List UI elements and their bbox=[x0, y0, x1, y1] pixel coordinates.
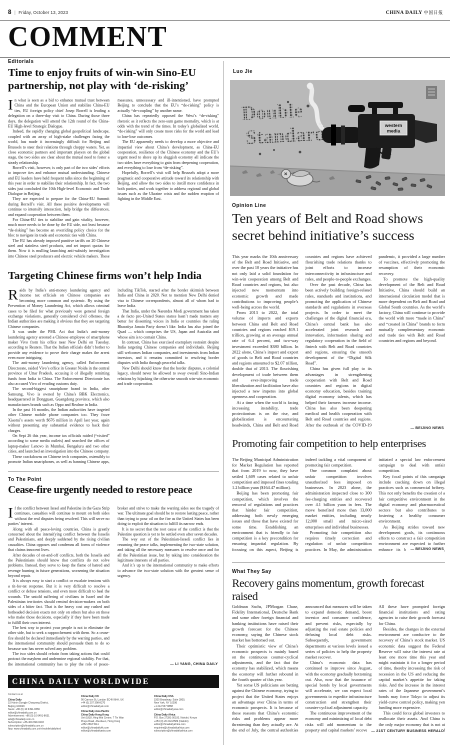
recovery-headline: Recovery gains momentum, growth forecast… bbox=[232, 578, 445, 604]
office-lines: 15 Huixin Dongjie Chaoyang District,Beij… bbox=[8, 702, 74, 731]
paragraph: subscription@chinadailyafrica.com bbox=[154, 730, 219, 733]
folio-bar: 8|Friday, October 13, 2023 CHINA DAILY 中… bbox=[8, 10, 443, 16]
folio-date: 8|Friday, October 13, 2023 bbox=[8, 10, 68, 16]
paragraph: On Sept 26 this year, income tax officia… bbox=[8, 433, 110, 454]
paragraph: The best way to protect your people is n… bbox=[8, 625, 110, 651]
paragraph: And it’s up to the international communi… bbox=[118, 563, 220, 579]
fair-competition-signature: — BEIJING NEWS bbox=[406, 546, 444, 551]
cease-fire-body: If the conflict between Israel and Pales… bbox=[8, 506, 219, 668]
contact-column-1: Contact us at China Daily 15 Huixin Dong… bbox=[8, 693, 74, 747]
camera-label-line2: media bbox=[387, 129, 401, 134]
paragraph: That India, under the Narendra Modi gove… bbox=[118, 309, 220, 340]
paragraph: editor@chinadailyuk.com bbox=[81, 705, 147, 708]
belt-road-body: This year marks the 10th anniversary of … bbox=[232, 254, 445, 432]
cartoon-word-double: Double bbox=[241, 100, 303, 125]
editorials-column: Editorials Time to enjoy fruits of win-w… bbox=[8, 57, 219, 747]
office-lines: P.O. Box 27281-00100, Nairobi, Kenya+254… bbox=[154, 717, 219, 733]
paragraph: Raids by India’s anti-money laundering a… bbox=[8, 288, 110, 330]
camera-label-line1: western bbox=[384, 123, 403, 128]
column-divider bbox=[223, 61, 224, 745]
fair-competition-headline: Promoting fair competition to help enter… bbox=[232, 438, 445, 451]
paragraph: It is no secret that the root cause of t… bbox=[118, 527, 220, 537]
divider bbox=[0, 20, 450, 21]
paragraph: One common complaint about unfair compet… bbox=[305, 468, 371, 530]
date-text: Friday, October 13, 2023 bbox=[19, 10, 68, 15]
paragraph: The second-biggest smartphone brand in I… bbox=[8, 387, 110, 408]
cartoon-word-standard: Standard bbox=[245, 123, 326, 149]
editorial-2-body: Raids by India’s anti-money laundering a… bbox=[8, 288, 219, 468]
belt-road-headline-line1: Ten years of Belt and Road shows bbox=[232, 212, 445, 229]
editorial-1-text: In what is seen as a bid to enhance mutu… bbox=[8, 98, 219, 264]
paragraph: In contrast, China has exercised exempla… bbox=[118, 340, 220, 366]
divider bbox=[232, 562, 445, 563]
worldwide-contacts: Contact us at China Daily 15 Huixin Dong… bbox=[8, 693, 219, 747]
paragraph: Over the past decade, China has been act… bbox=[305, 282, 371, 366]
belt-road-signature: — BEIJING NEWS bbox=[406, 425, 444, 430]
what-they-say-label: What They Say bbox=[232, 569, 271, 575]
paragraph: The anti-money laundering agency, called… bbox=[8, 361, 110, 387]
brand-name-chinese: 中国日报 bbox=[424, 10, 443, 15]
paragraph: This year marks the 10th anniversary of … bbox=[232, 254, 298, 310]
cease-fire-text: If the conflict between Israel and Pales… bbox=[8, 506, 219, 668]
opinion-column: Luo Jie Double Standard bbox=[230, 57, 445, 747]
worldwide-banner: CHINA DAILY WORLDWIDE bbox=[8, 675, 219, 688]
paragraph: Along with all peace-loving countries, C… bbox=[8, 527, 110, 553]
contact-us-label: Contact us at bbox=[8, 693, 74, 696]
contacts-grid: Contact us at China Daily 15 Huixin Dong… bbox=[8, 693, 219, 747]
paragraph: It was under the PML Act that India’s an… bbox=[8, 330, 110, 361]
belt-road-text: This year marks the 10th anniversary of … bbox=[232, 254, 445, 432]
office-lines: 1500 Broadway, Suite 2800,New York, NY 1… bbox=[154, 698, 219, 711]
office-lines: 90 Cannon St, London EC4N 6HA, UK+44 (0)… bbox=[81, 698, 147, 708]
paragraph: Borrell’s visit, however, is only part o… bbox=[8, 166, 110, 197]
recovery-text: Goldman Sachs, JPMorgan Chase, Fidelity … bbox=[232, 604, 445, 735]
paragraph: China has repeatedly opposed the West’s … bbox=[118, 114, 220, 140]
fair-competition-text: The Beijing Municipal Administration for… bbox=[232, 457, 445, 553]
paragraph: New Delhi should know that the border di… bbox=[118, 366, 220, 387]
editorial-cartoon: Double Standard western media bbox=[230, 80, 445, 196]
recovery-body: Goldman Sachs, JPMorgan Chase, Fidelity … bbox=[232, 604, 445, 735]
to-the-point-label: To The Point bbox=[8, 477, 42, 483]
folio-brand: CHINA DAILY 中国日报 bbox=[386, 10, 443, 16]
paragraph: editor@chinadailyasia.com bbox=[81, 730, 147, 733]
paragraph: The EU apparently needs to develop a mor… bbox=[118, 140, 220, 171]
paragraph: Their optimistic view of China’s economi… bbox=[232, 643, 298, 682]
section-masthead: COMMENT bbox=[8, 23, 167, 54]
cartoon-image: Double Standard western media bbox=[230, 80, 445, 196]
editorial-1-body: In what is seen as a bid to enhance mutu… bbox=[8, 98, 219, 264]
fair-competition-body: The Beijing Municipal Administration for… bbox=[232, 457, 445, 553]
paragraph: To promote the high-quality development … bbox=[379, 276, 445, 343]
paragraph: If the conflict between Israel and Pales… bbox=[8, 506, 110, 527]
cease-fire-headline: Cease-fire urgently needed to restore pe… bbox=[8, 485, 219, 497]
editorial-2-headline: Targeting Chinese firms won’t help India bbox=[8, 270, 219, 283]
paragraph: Goldman Sachs, JPMorgan Chase, Fidelity … bbox=[232, 604, 298, 643]
cartoonist-byline: Luo Jie bbox=[233, 69, 253, 75]
editorials-label: Editorials bbox=[8, 59, 34, 65]
cease-fire-signature: — LI YANG, CHINA DAILY bbox=[166, 661, 218, 666]
paragraph: It is always easy to start a conflict or… bbox=[8, 579, 110, 626]
paragraph: For China-EU ties to stabilize and gain … bbox=[8, 217, 110, 238]
editorial-1-headline: Time to enjoy fruits of win-win Sino-EU … bbox=[8, 67, 219, 93]
paragraph: Hopefully, Borrell’s visit will help Bru… bbox=[118, 171, 220, 202]
paragraph: Indeed, the rapidly changing global geop… bbox=[8, 129, 110, 165]
recovery-signature: — 21ST CENTURY BUSINESS HERALD bbox=[367, 728, 444, 733]
opinion-line-label: Opinion Line bbox=[232, 203, 266, 209]
divider bbox=[8, 471, 219, 472]
paragraph: After decades of on-and-off conflicts, b… bbox=[8, 553, 110, 579]
page-number: 8 bbox=[8, 10, 11, 16]
paragraph: From 2013 to 2022, the total volume of i… bbox=[232, 310, 298, 400]
office-lines: Unit 1818, Hing Wai Centre, 7 Tin WanPra… bbox=[81, 717, 147, 733]
paragraph: App: www.chinadaily.com.cn/m/mobile/dail… bbox=[8, 728, 74, 731]
contact-column-2: China Daily UK 90 Cannon St, London EC4N… bbox=[81, 693, 147, 747]
paragraph: In what is seen as a bid to enhance mutu… bbox=[8, 98, 110, 129]
belt-road-headline: Ten years of Belt and Road shows secret … bbox=[232, 212, 445, 245]
paragraph: editor@chinadailyusa.com bbox=[154, 708, 219, 711]
paragraph: In the past 16 months, the Indian author… bbox=[8, 407, 110, 433]
belt-road-headline-line2: secret behind initiative’s success bbox=[232, 229, 445, 246]
brand-name: CHINA DAILY bbox=[386, 11, 422, 16]
paragraph: China’s economic data has continued to i… bbox=[305, 660, 371, 710]
paragraph: They are expected to prepare for the Chi… bbox=[8, 197, 110, 218]
folio-separator: | bbox=[14, 10, 15, 15]
contact-column-3: China Daily USA 1500 Broadway, Suite 280… bbox=[154, 693, 219, 747]
paragraph: The way out of the Palestinian-Israeli c… bbox=[118, 537, 220, 563]
paragraph: The Beijing Municipal Administration for… bbox=[232, 457, 298, 491]
editorial-2-text: Raids by India’s anti-money laundering a… bbox=[8, 288, 219, 468]
paragraph: Key focal points of this campaign includ… bbox=[379, 474, 445, 524]
artist-stamp-icon bbox=[426, 86, 437, 99]
paragraph: Besides, the changes in the external env… bbox=[379, 626, 445, 710]
